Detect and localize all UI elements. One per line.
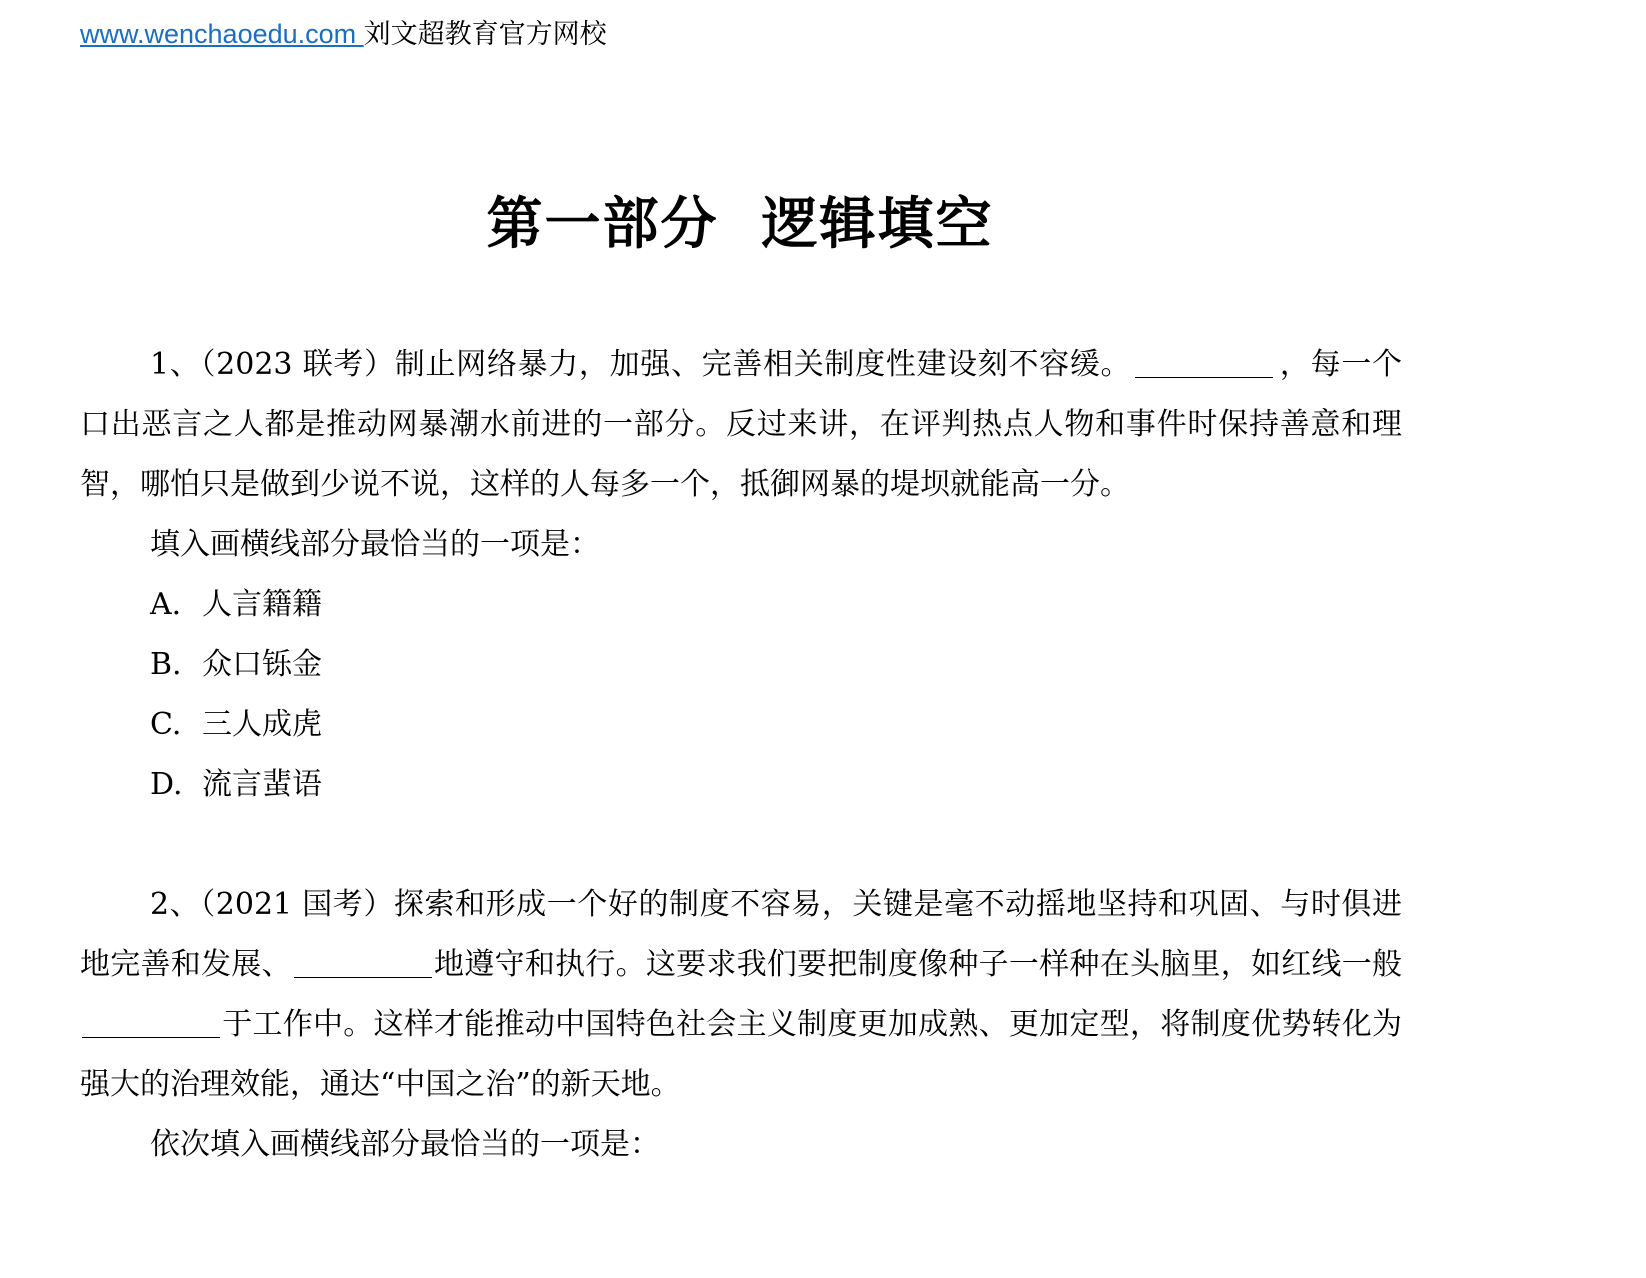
question-2: 2、（2021 国考）探索和形成一个好的制度不容易，关键是毫不动摇地坚持和巩固、… bbox=[80, 875, 1402, 1175]
question-prompt: 填入画横线部分最恰当的一项是： bbox=[80, 515, 1402, 575]
stem-text: 地遵守和执行。这要求我们要把制度像种子一样种在头脑里，如红线一般 bbox=[434, 947, 1402, 982]
option-c: C. 三人成虎 bbox=[150, 695, 1402, 755]
option-text: 流言蜚语 bbox=[202, 755, 322, 815]
answer-blank bbox=[82, 1007, 220, 1038]
spacer bbox=[80, 815, 1402, 875]
option-b: B. 众口铄金 bbox=[150, 635, 1402, 695]
option-letter: C. bbox=[150, 695, 202, 755]
section-title: 第一部分 逻辑填空 bbox=[0, 185, 1480, 265]
option-text: 人言籍籍 bbox=[202, 575, 322, 635]
option-d: D. 流言蜚语 bbox=[150, 755, 1402, 815]
stem-text: 1、（2023 联考）制止网络暴力，加强、完善相关制度性建设刻不容缓。 bbox=[150, 347, 1131, 382]
question-1: 1、（2023 联考）制止网络暴力，加强、完善相关制度性建设刻不容缓。，每一个口… bbox=[80, 335, 1402, 815]
option-text: 三人成虎 bbox=[202, 695, 322, 755]
answer-blank bbox=[1135, 347, 1273, 378]
answer-blank bbox=[294, 947, 432, 978]
option-letter: A. bbox=[150, 575, 202, 635]
option-letter: B. bbox=[150, 635, 202, 695]
question-list: 1、（2023 联考）制止网络暴力，加强、完善相关制度性建设刻不容缓。，每一个口… bbox=[80, 335, 1402, 1175]
stem-text: 于工作中。这样才能推动中国特色社会主义制度更加成熟、更加定型，将制度优势转化为强… bbox=[80, 1007, 1402, 1102]
option-a: A. 人言籍籍 bbox=[150, 575, 1402, 635]
question-stem: 1、（2023 联考）制止网络暴力，加强、完善相关制度性建设刻不容缓。，每一个口… bbox=[80, 335, 1402, 515]
option-list: A. 人言籍籍 B. 众口铄金 C. 三人成虎 D. 流言蜚语 bbox=[80, 575, 1402, 815]
question-prompt: 依次填入画横线部分最恰当的一项是： bbox=[80, 1115, 1402, 1175]
org-name: 刘文超教育官方网校 bbox=[364, 19, 607, 49]
question-stem: 2、（2021 国考）探索和形成一个好的制度不容易，关键是毫不动摇地坚持和巩固、… bbox=[80, 875, 1402, 1115]
page-header: www.wenchaoedu.com 刘文超教育官方网校 bbox=[80, 14, 607, 54]
option-text: 众口铄金 bbox=[202, 635, 322, 695]
option-letter: D. bbox=[150, 755, 202, 815]
website-link[interactable]: www.wenchaoedu.com bbox=[80, 19, 364, 49]
